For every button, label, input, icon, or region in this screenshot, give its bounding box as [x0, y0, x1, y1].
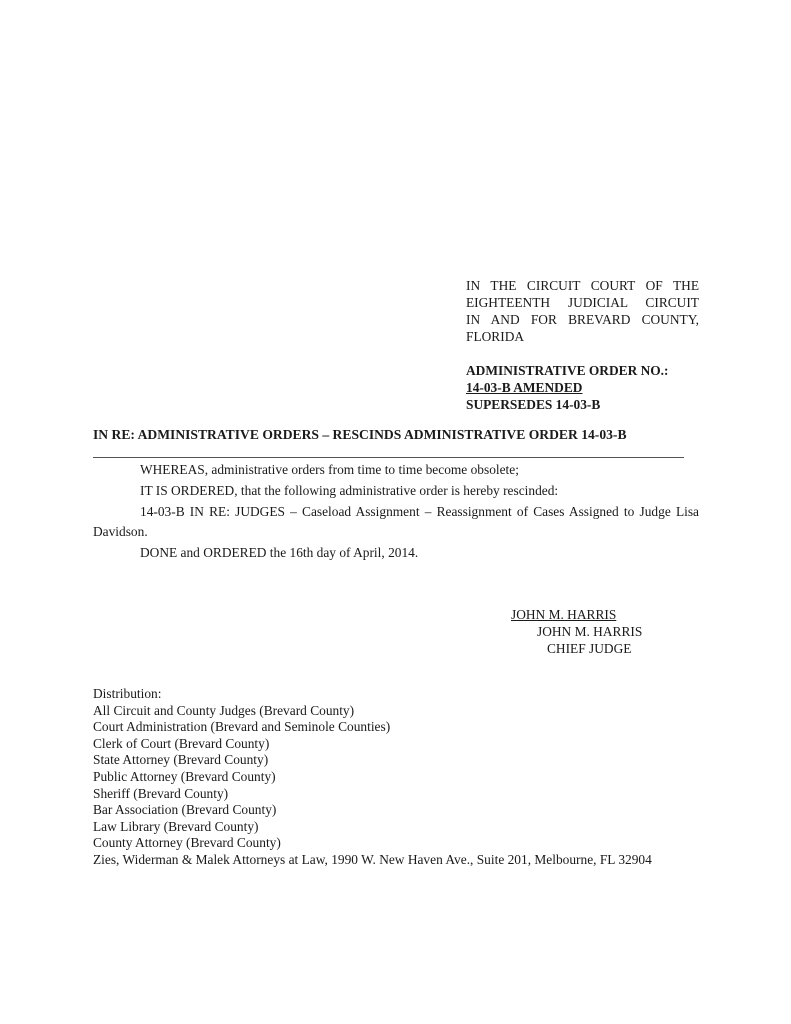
horizontal-rule — [93, 457, 684, 458]
printed-name: JOHN M. HARRIS — [511, 623, 642, 640]
distribution-recipient: Clerk of Court (Brevard County) — [93, 736, 652, 753]
signature-block: JOHN M. HARRIS JOHN M. HARRIS CHIEF JUDG… — [511, 606, 642, 657]
distribution-recipient: All Circuit and County Judges (Brevard C… — [93, 703, 652, 720]
document-page: IN THE CIRCUIT COURT OF THE EIGHTEENTH J… — [0, 0, 791, 1024]
distribution-recipient: Bar Association (Brevard County) — [93, 802, 652, 819]
distribution-recipient: County Attorney (Brevard County) — [93, 835, 652, 852]
order-label: ADMINISTRATIVE ORDER NO.: — [466, 362, 669, 379]
caption-line: IN AND FOR BREVARD COUNTY, — [466, 311, 699, 328]
order-supersedes: SUPERSEDES 14-03-B — [466, 396, 669, 413]
caption-line: EIGHTEENTH JUDICIAL CIRCUIT — [466, 294, 699, 311]
court-caption: IN THE CIRCUIT COURT OF THE EIGHTEENTH J… — [466, 277, 699, 345]
caption-line: FLORIDA — [466, 328, 699, 345]
caption-line: IN THE CIRCUIT COURT OF THE — [466, 277, 699, 294]
distribution-recipient: Court Administration (Brevard and Semino… — [93, 719, 652, 736]
order-number: 14-03-B AMENDED — [466, 379, 669, 396]
distribution-recipient: Law Library (Brevard County) — [93, 819, 652, 836]
rescinded-order-paragraph: 14-03-B IN RE: JUDGES – Caseload Assignm… — [93, 502, 699, 544]
distribution-list: Distribution: All Circuit and County Jud… — [93, 686, 652, 869]
in-re-heading: IN RE: ADMINISTRATIVE ORDERS – RESCINDS … — [93, 427, 627, 443]
distribution-recipient: Public Attorney (Brevard County) — [93, 769, 652, 786]
whereas-paragraph: WHEREAS, administrative orders from time… — [93, 460, 699, 481]
distribution-heading: Distribution: — [93, 686, 652, 703]
done-paragraph: DONE and ORDERED the 16th day of April, … — [93, 543, 699, 564]
judge-title: CHIEF JUDGE — [511, 640, 642, 657]
distribution-recipient: State Attorney (Brevard County) — [93, 752, 652, 769]
order-body: WHEREAS, administrative orders from time… — [93, 460, 699, 564]
order-number-block: ADMINISTRATIVE ORDER NO.: 14-03-B AMENDE… — [466, 362, 669, 413]
signed-name: JOHN M. HARRIS — [511, 606, 642, 623]
distribution-recipient: Zies, Widerman & Malek Attorneys at Law,… — [93, 852, 652, 869]
distribution-recipient: Sheriff (Brevard County) — [93, 786, 652, 803]
ordered-paragraph: IT IS ORDERED, that the following admini… — [93, 481, 699, 502]
